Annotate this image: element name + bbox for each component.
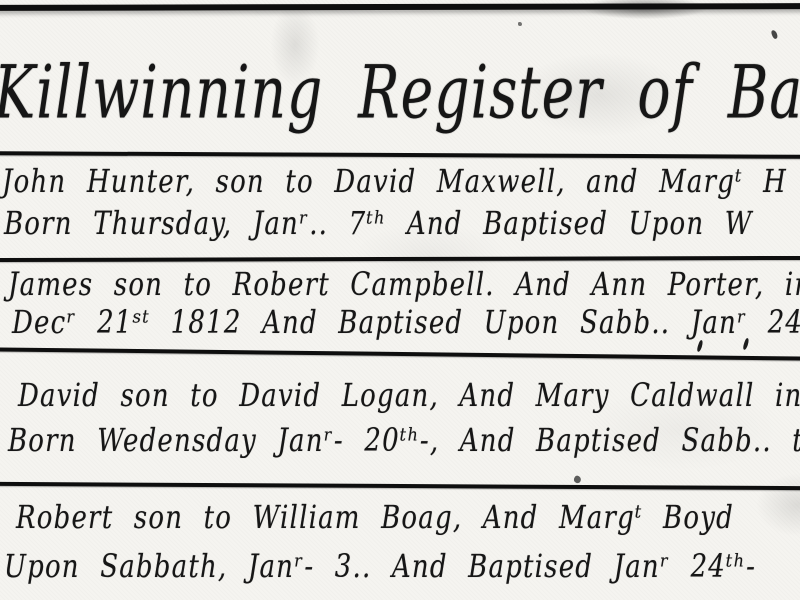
divider-line	[0, 347, 800, 360]
divider-line	[0, 151, 800, 159]
entry-line: Decʳ 21ˢᵗ 1812 And Baptised Upon Sabb.. …	[12, 305, 800, 342]
entry-line: James son to Robert Campbell. And Ann Po…	[8, 267, 800, 304]
entry-line: Robert son to William Boag, And Margᵗ Bo…	[16, 500, 734, 537]
divider-line	[0, 482, 800, 490]
ink-speck	[573, 475, 583, 485]
entry-line: David son to David Logan, And Mary Caldw…	[18, 378, 800, 415]
entry-line: John Hunter, son to David Maxwell, and M…	[2, 164, 787, 201]
scanned-register-page: Killwinning Register of Baptisms John Hu…	[0, 0, 800, 600]
entry-line: Born Wedensday Janʳ- 20ᵗʰ-, And Baptised…	[8, 423, 800, 460]
register-title: Killwinning Register of Baptisms	[0, 50, 800, 135]
entry-line: Born Thursday, Janʳ.. 7ᵗʰ And Baptised U…	[4, 206, 753, 243]
page-top-edge-line	[0, 3, 800, 11]
ink-speck	[518, 22, 522, 26]
divider-line	[0, 256, 800, 262]
ink-speck	[771, 29, 779, 39]
entry-line: Upon Sabbath, Janʳ- 3.. And Baptised Jan…	[4, 549, 756, 586]
